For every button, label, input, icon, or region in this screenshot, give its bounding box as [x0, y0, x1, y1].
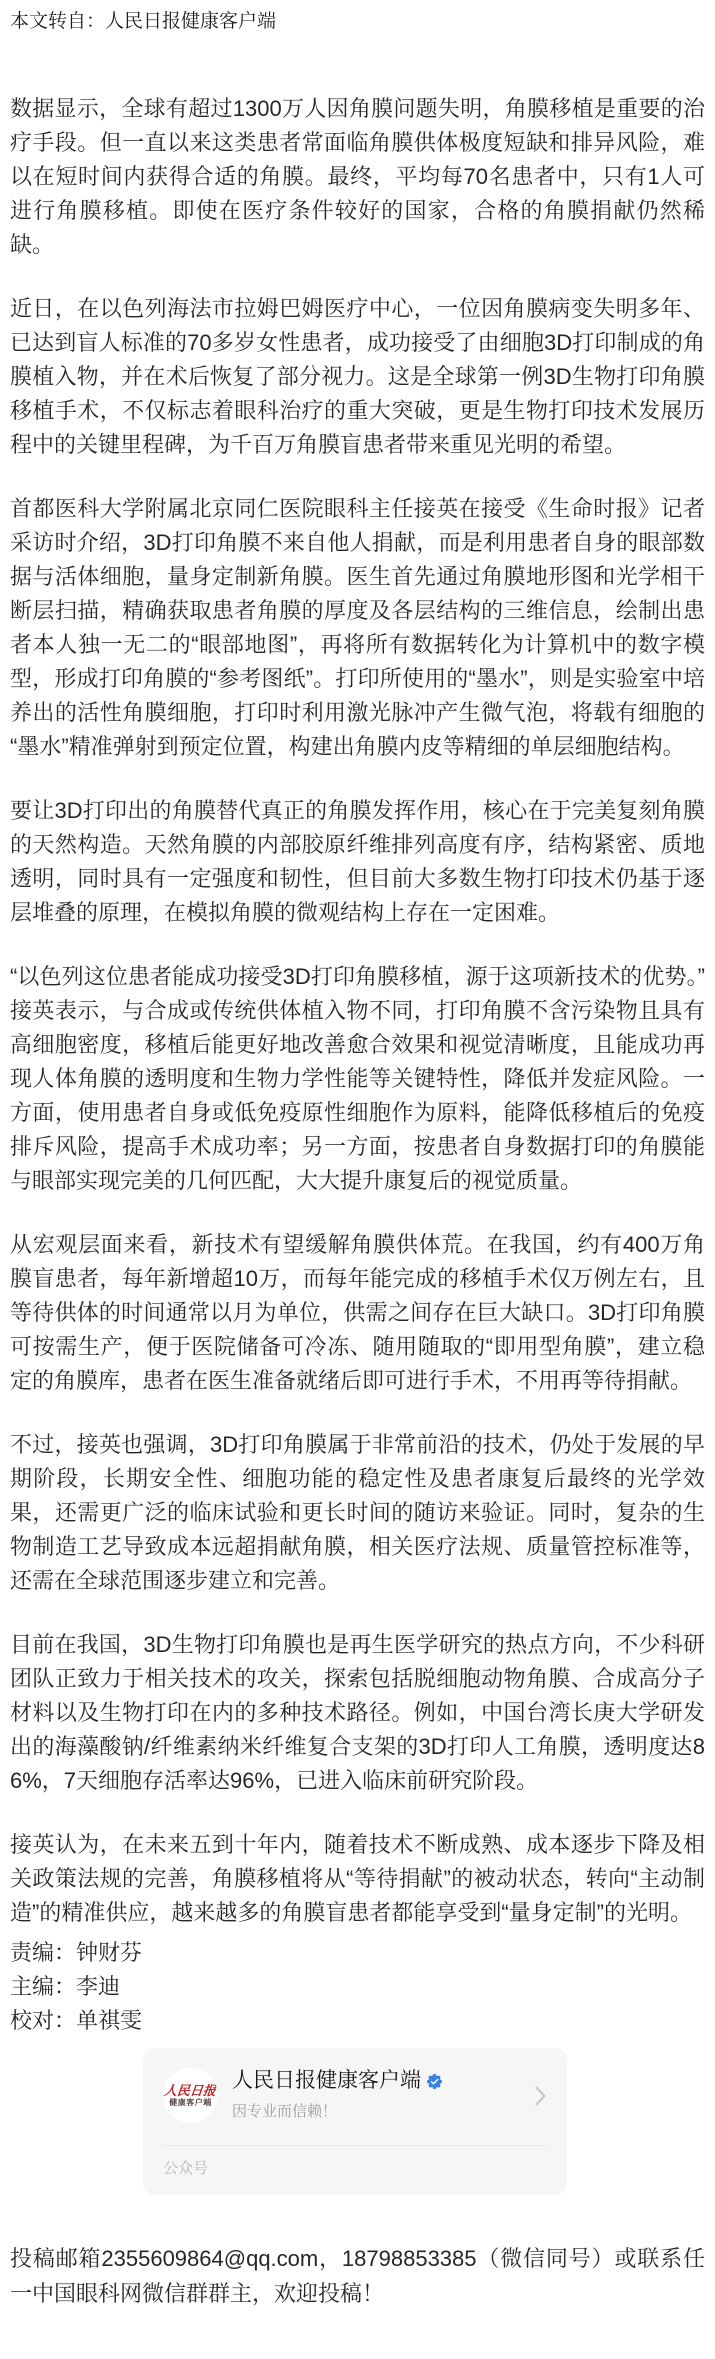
- account-logo-subtext: 健康客户端: [169, 2098, 212, 2108]
- article-paragraph: “以色列这位患者能成功接受3D打印角膜移植，源于这项新技术的优势。”接英表示，与…: [10, 960, 705, 1198]
- official-account-card[interactable]: 人民日报 健康客户端 人民日报健康客户端: [143, 2048, 567, 2195]
- article-page: 本文转自：人民日报健康客户端 数据显示，全球有超过1300万人因角膜问题失明，角…: [0, 0, 715, 2359]
- account-logo: 人民日报 健康客户端: [163, 2068, 218, 2123]
- credit-line: 责编：钟财芬: [10, 1936, 705, 1970]
- article-paragraph: 从宏观层面来看，新技术有望缓解角膜供体荒。在我国，约有400万角膜盲患者，每年新…: [10, 1228, 705, 1398]
- chevron-right-icon[interactable]: [534, 2085, 547, 2107]
- article-paragraph: 首都医科大学附属北京同仁医院眼科主任接英在接受《生命时报》记者采访时介绍，3D打…: [10, 492, 705, 764]
- contact-note: 投稿邮箱2355609864@qq.com，18798853385（微信同号）或…: [10, 2241, 705, 2311]
- article-paragraph: 目前在我国，3D生物打印角膜也是再生医学研究的热点方向，不少科研团队正致力于相关…: [10, 1628, 705, 1798]
- source-line: 本文转自：人民日报健康客户端: [10, 8, 705, 36]
- account-card-top-row: 人民日报 健康客户端 人民日报健康客户端: [163, 2068, 547, 2123]
- account-subtitle: 因专业而信赖！: [232, 2102, 524, 2122]
- article-paragraph: 不过，接英也强调，3D打印角膜属于非常前沿的技术，仍处于发展的早期阶段，长期安全…: [10, 1428, 705, 1598]
- verified-badge-icon: [427, 2074, 442, 2089]
- account-card-text: 人民日报健康客户端: [232, 2068, 524, 2122]
- account-title: 人民日报健康客户端: [232, 2068, 421, 2094]
- article-paragraph: 近日，在以色列海法市拉姆巴姆医疗中心，一位因角膜病变失明多年、已达到盲人标准的7…: [10, 292, 705, 462]
- editor-credits: 责编：钟财芬 主编：李迪 校对：单祺雯: [10, 1936, 705, 2038]
- credit-line: 校对：单祺雯: [10, 2004, 705, 2038]
- account-title-row: 人民日报健康客户端: [232, 2068, 524, 2094]
- article-paragraph: 要让3D打印出的角膜替代真正的角膜发挥作用，核心在于完美复刻角膜的天然构造。天然…: [10, 794, 705, 930]
- account-type-label: 公众号: [163, 2146, 547, 2195]
- article-paragraph: 数据显示，全球有超过1300万人因角膜问题失明，角膜移植是重要的治疗手段。但一直…: [10, 92, 705, 262]
- article-paragraph: 接英认为，在未来五到十年内，随着技术不断成熟、成本逐步下降及相关政策法规的完善，…: [10, 1828, 705, 1930]
- account-logo-masthead-text: 人民日报: [164, 2083, 218, 2098]
- credit-line: 主编：李迪: [10, 1970, 705, 2004]
